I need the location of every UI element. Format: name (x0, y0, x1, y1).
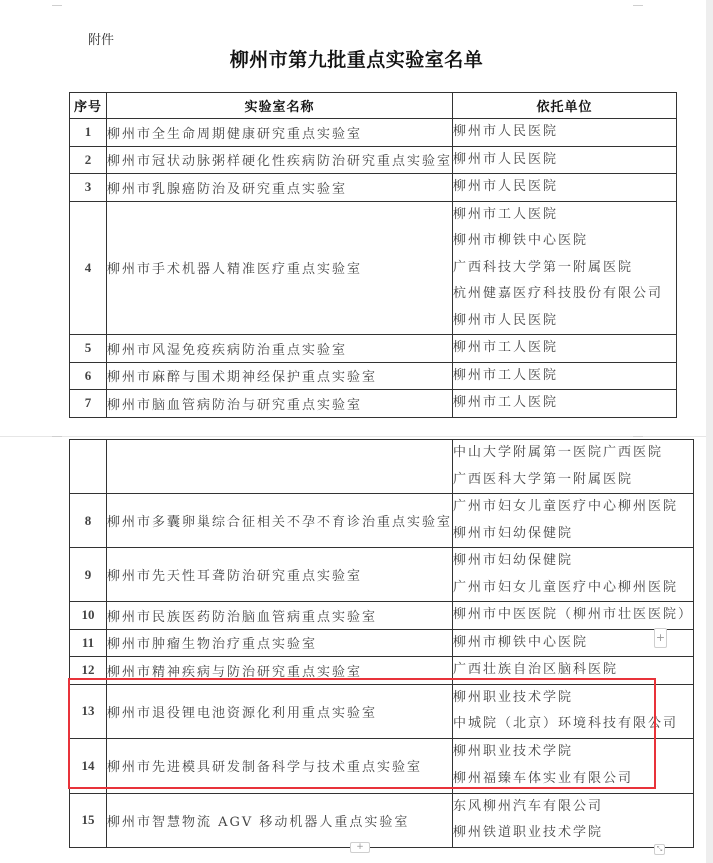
lab-name[interactable]: 柳州市冠状动脉粥样硬化性疾病防治研究重点实验室 (107, 146, 453, 174)
host-unit-line: 中城院（北京）环境科技有限公司 (453, 711, 693, 738)
host-unit-line: 柳州市中医医院（柳州市壮医医院） (453, 602, 693, 629)
table-row: 8 柳州市多囊卵巢综合征相关不孕不育诊治重点实验室 广州市妇女儿童医疗中心柳州医… (70, 494, 694, 548)
add-column-button[interactable]: + (350, 842, 370, 853)
host-unit-line: 广西壮族自治区脑科医院 (453, 657, 693, 684)
row-number: 4 (70, 201, 107, 335)
host-unit-line: 柳州市妇幼保健院 (453, 548, 693, 575)
header-seq: 序号 (70, 93, 107, 119)
header-lab-name: 实验室名称 (107, 93, 453, 119)
host-unit-line: 广州市妇女儿童医疗中心柳州医院 (453, 575, 693, 602)
lab-name[interactable]: 柳州市乳腺癌防治及研究重点实验室 (107, 174, 453, 202)
lab-name[interactable]: 柳州市肿瘤生物治疗重点实验室 (107, 629, 453, 657)
row-number: 11 (70, 629, 107, 657)
host-unit-line: 柳州市人民医院 (453, 174, 676, 201)
table-row: 1 柳州市全生命周期健康研究重点实验室 柳州市人民医院 (70, 119, 677, 147)
lab-name[interactable]: 柳州市先进模具研发制备科学与技术重点实验室 (107, 738, 453, 793)
page-margin (706, 0, 713, 863)
host-unit-line: 广西医科大学第一附属医院 (453, 467, 693, 494)
row-number: 15 (70, 793, 107, 847)
table-row-continued: 中山大学附属第一医院广西医院 广西医科大学第一附属医院 (70, 440, 694, 494)
host-unit-line: 柳州市工人医院 (453, 202, 676, 229)
lab-name[interactable]: 柳州市退役锂电池资源化利用重点实验室 (107, 684, 453, 738)
host-unit[interactable]: 柳州市中医医院（柳州市壮医医院） (453, 602, 694, 630)
table-row: 14 柳州市先进模具研发制备科学与技术重点实验室 柳州职业技术学院 柳州福臻车体… (70, 738, 694, 793)
table-row: 15 柳州市智慧物流 AGV 移动机器人重点实验室 东风柳州汽车有限公司 柳州铁… (70, 793, 694, 847)
host-unit-line: 杭州健嘉医疗科技股份有限公司 (453, 281, 676, 308)
host-unit[interactable]: 柳州职业技术学院 中城院（北京）环境科技有限公司 (453, 684, 694, 738)
host-unit-line: 柳州铁道职业技术学院 (453, 820, 693, 847)
row-number: 3 (70, 174, 107, 202)
page-corner-mark (52, 0, 62, 6)
document-title: 柳州市第九批重点实验室名单 (0, 45, 713, 72)
table-resize-handle-icon[interactable]: ⤡ (654, 844, 665, 855)
lab-name[interactable]: 柳州市智慧物流 AGV 移动机器人重点实验室 (107, 793, 453, 847)
table-header-row: 序号 实验室名称 依托单位 (70, 93, 677, 119)
lab-name[interactable]: 柳州市手术机器人精准医疗重点实验室 (107, 201, 453, 335)
lab-name[interactable]: 柳州市风湿免疫疾病防治重点实验室 (107, 335, 453, 363)
table-row: 13 柳州市退役锂电池资源化利用重点实验室 柳州职业技术学院 中城院（北京）环境… (70, 684, 694, 738)
host-unit[interactable]: 柳州市工人医院 (453, 390, 677, 418)
host-unit-line: 东风柳州汽车有限公司 (453, 794, 693, 821)
host-unit[interactable]: 柳州职业技术学院 柳州福臻车体实业有限公司 (453, 738, 694, 793)
table-row: 4 柳州市手术机器人精准医疗重点实验室 柳州市工人医院 柳州市柳铁中心医院 广西… (70, 201, 677, 335)
table-row: 3 柳州市乳腺癌防治及研究重点实验室 柳州市人民医院 (70, 174, 677, 202)
host-unit-line: 柳州市工人医院 (453, 335, 676, 362)
table-row: 2 柳州市冠状动脉粥样硬化性疾病防治研究重点实验室 柳州市人民医院 (70, 146, 677, 174)
table-row: 5 柳州市风湿免疫疾病防治重点实验室 柳州市工人医院 (70, 335, 677, 363)
lab-name[interactable]: 柳州市先天性耳聋防治研究重点实验室 (107, 548, 453, 602)
host-unit-line: 柳州市人民医院 (453, 308, 676, 335)
table-row: 6 柳州市麻醉与围术期神经保护重点实验室 柳州市工人医院 (70, 362, 677, 390)
row-number: 7 (70, 390, 107, 418)
lab-list-table-page-2: 中山大学附属第一医院广西医院 广西医科大学第一附属医院 8 柳州市多囊卵巢综合征… (69, 439, 694, 848)
row-number: 14 (70, 738, 107, 793)
page-corner-mark (633, 0, 643, 6)
host-unit-line: 中山大学附属第一医院广西医院 (453, 440, 693, 467)
host-unit[interactable]: 广西壮族自治区脑科医院 (453, 657, 694, 685)
lab-name[interactable]: 柳州市全生命周期健康研究重点实验室 (107, 119, 453, 147)
table-row: 10 柳州市民族医药防治脑血管病重点实验室 柳州市中医医院（柳州市壮医医院） (70, 602, 694, 630)
row-number: 12 (70, 657, 107, 685)
host-unit-line: 广西科技大学第一附属医院 (453, 255, 676, 282)
add-row-button[interactable]: + (654, 628, 667, 648)
host-unit[interactable]: 柳州市工人医院 (453, 362, 677, 390)
row-number: 5 (70, 335, 107, 363)
table-row: 12 柳州市精神疾病与防治研究重点实验室 广西壮族自治区脑科医院 (70, 657, 694, 685)
host-unit-line: 柳州市工人医院 (453, 390, 676, 417)
host-unit[interactable]: 柳州市人民医院 (453, 119, 677, 147)
host-unit-line: 柳州职业技术学院 (453, 739, 693, 766)
host-unit[interactable]: 柳州市人民医院 (453, 146, 677, 174)
host-unit[interactable]: 中山大学附属第一医院广西医院 广西医科大学第一附属医院 (453, 440, 694, 494)
lab-name[interactable]: 柳州市多囊卵巢综合征相关不孕不育诊治重点实验室 (107, 494, 453, 548)
row-number: 6 (70, 362, 107, 390)
host-unit[interactable]: 柳州市人民医院 (453, 174, 677, 202)
table-row: 11 柳州市肿瘤生物治疗重点实验室 柳州市柳铁中心医院 (70, 629, 694, 657)
host-unit-line: 广州市妇女儿童医疗中心柳州医院 (453, 494, 693, 521)
host-unit[interactable]: 柳州市工人医院 (453, 335, 677, 363)
lab-name[interactable]: 柳州市麻醉与围术期神经保护重点实验室 (107, 362, 453, 390)
host-unit-line: 柳州市柳铁中心医院 (453, 228, 676, 255)
lab-name[interactable]: 柳州市精神疾病与防治研究重点实验室 (107, 657, 453, 685)
lab-name[interactable] (107, 440, 453, 494)
host-unit-line: 柳州福臻车体实业有限公司 (453, 766, 693, 793)
host-unit-line: 柳州市人民医院 (453, 147, 676, 174)
table-row: 7 柳州市脑血管病防治与研究重点实验室 柳州市工人医院 (70, 390, 677, 418)
host-unit[interactable]: 广州市妇女儿童医疗中心柳州医院 柳州市妇幼保健院 (453, 494, 694, 548)
lab-name[interactable]: 柳州市脑血管病防治与研究重点实验室 (107, 390, 453, 418)
row-number: 8 (70, 494, 107, 548)
host-unit-line: 柳州市工人医院 (453, 363, 676, 390)
lab-list-table-page-1: 序号 实验室名称 依托单位 1 柳州市全生命周期健康研究重点实验室 柳州市人民医… (69, 92, 677, 418)
header-host-unit: 依托单位 (453, 93, 677, 119)
table-row: 9 柳州市先天性耳聋防治研究重点实验室 柳州市妇幼保健院 广州市妇女儿童医疗中心… (70, 548, 694, 602)
row-number: 1 (70, 119, 107, 147)
host-unit-line: 柳州市人民医院 (453, 119, 676, 146)
host-unit-line: 柳州市妇幼保健院 (453, 521, 693, 548)
host-unit-line: 柳州职业技术学院 (453, 685, 693, 712)
row-number: 10 (70, 602, 107, 630)
page-break (0, 436, 706, 437)
row-number: 9 (70, 548, 107, 602)
host-unit[interactable]: 东风柳州汽车有限公司 柳州铁道职业技术学院 (453, 793, 694, 847)
host-unit[interactable]: 柳州市工人医院 柳州市柳铁中心医院 广西科技大学第一附属医院 杭州健嘉医疗科技股… (453, 201, 677, 335)
row-number: 2 (70, 146, 107, 174)
row-number (70, 440, 107, 494)
page-corner-mark (52, 436, 62, 442)
lab-name[interactable]: 柳州市民族医药防治脑血管病重点实验室 (107, 602, 453, 630)
row-number: 13 (70, 684, 107, 738)
host-unit[interactable]: 柳州市妇幼保健院 广州市妇女儿童医疗中心柳州医院 (453, 548, 694, 602)
